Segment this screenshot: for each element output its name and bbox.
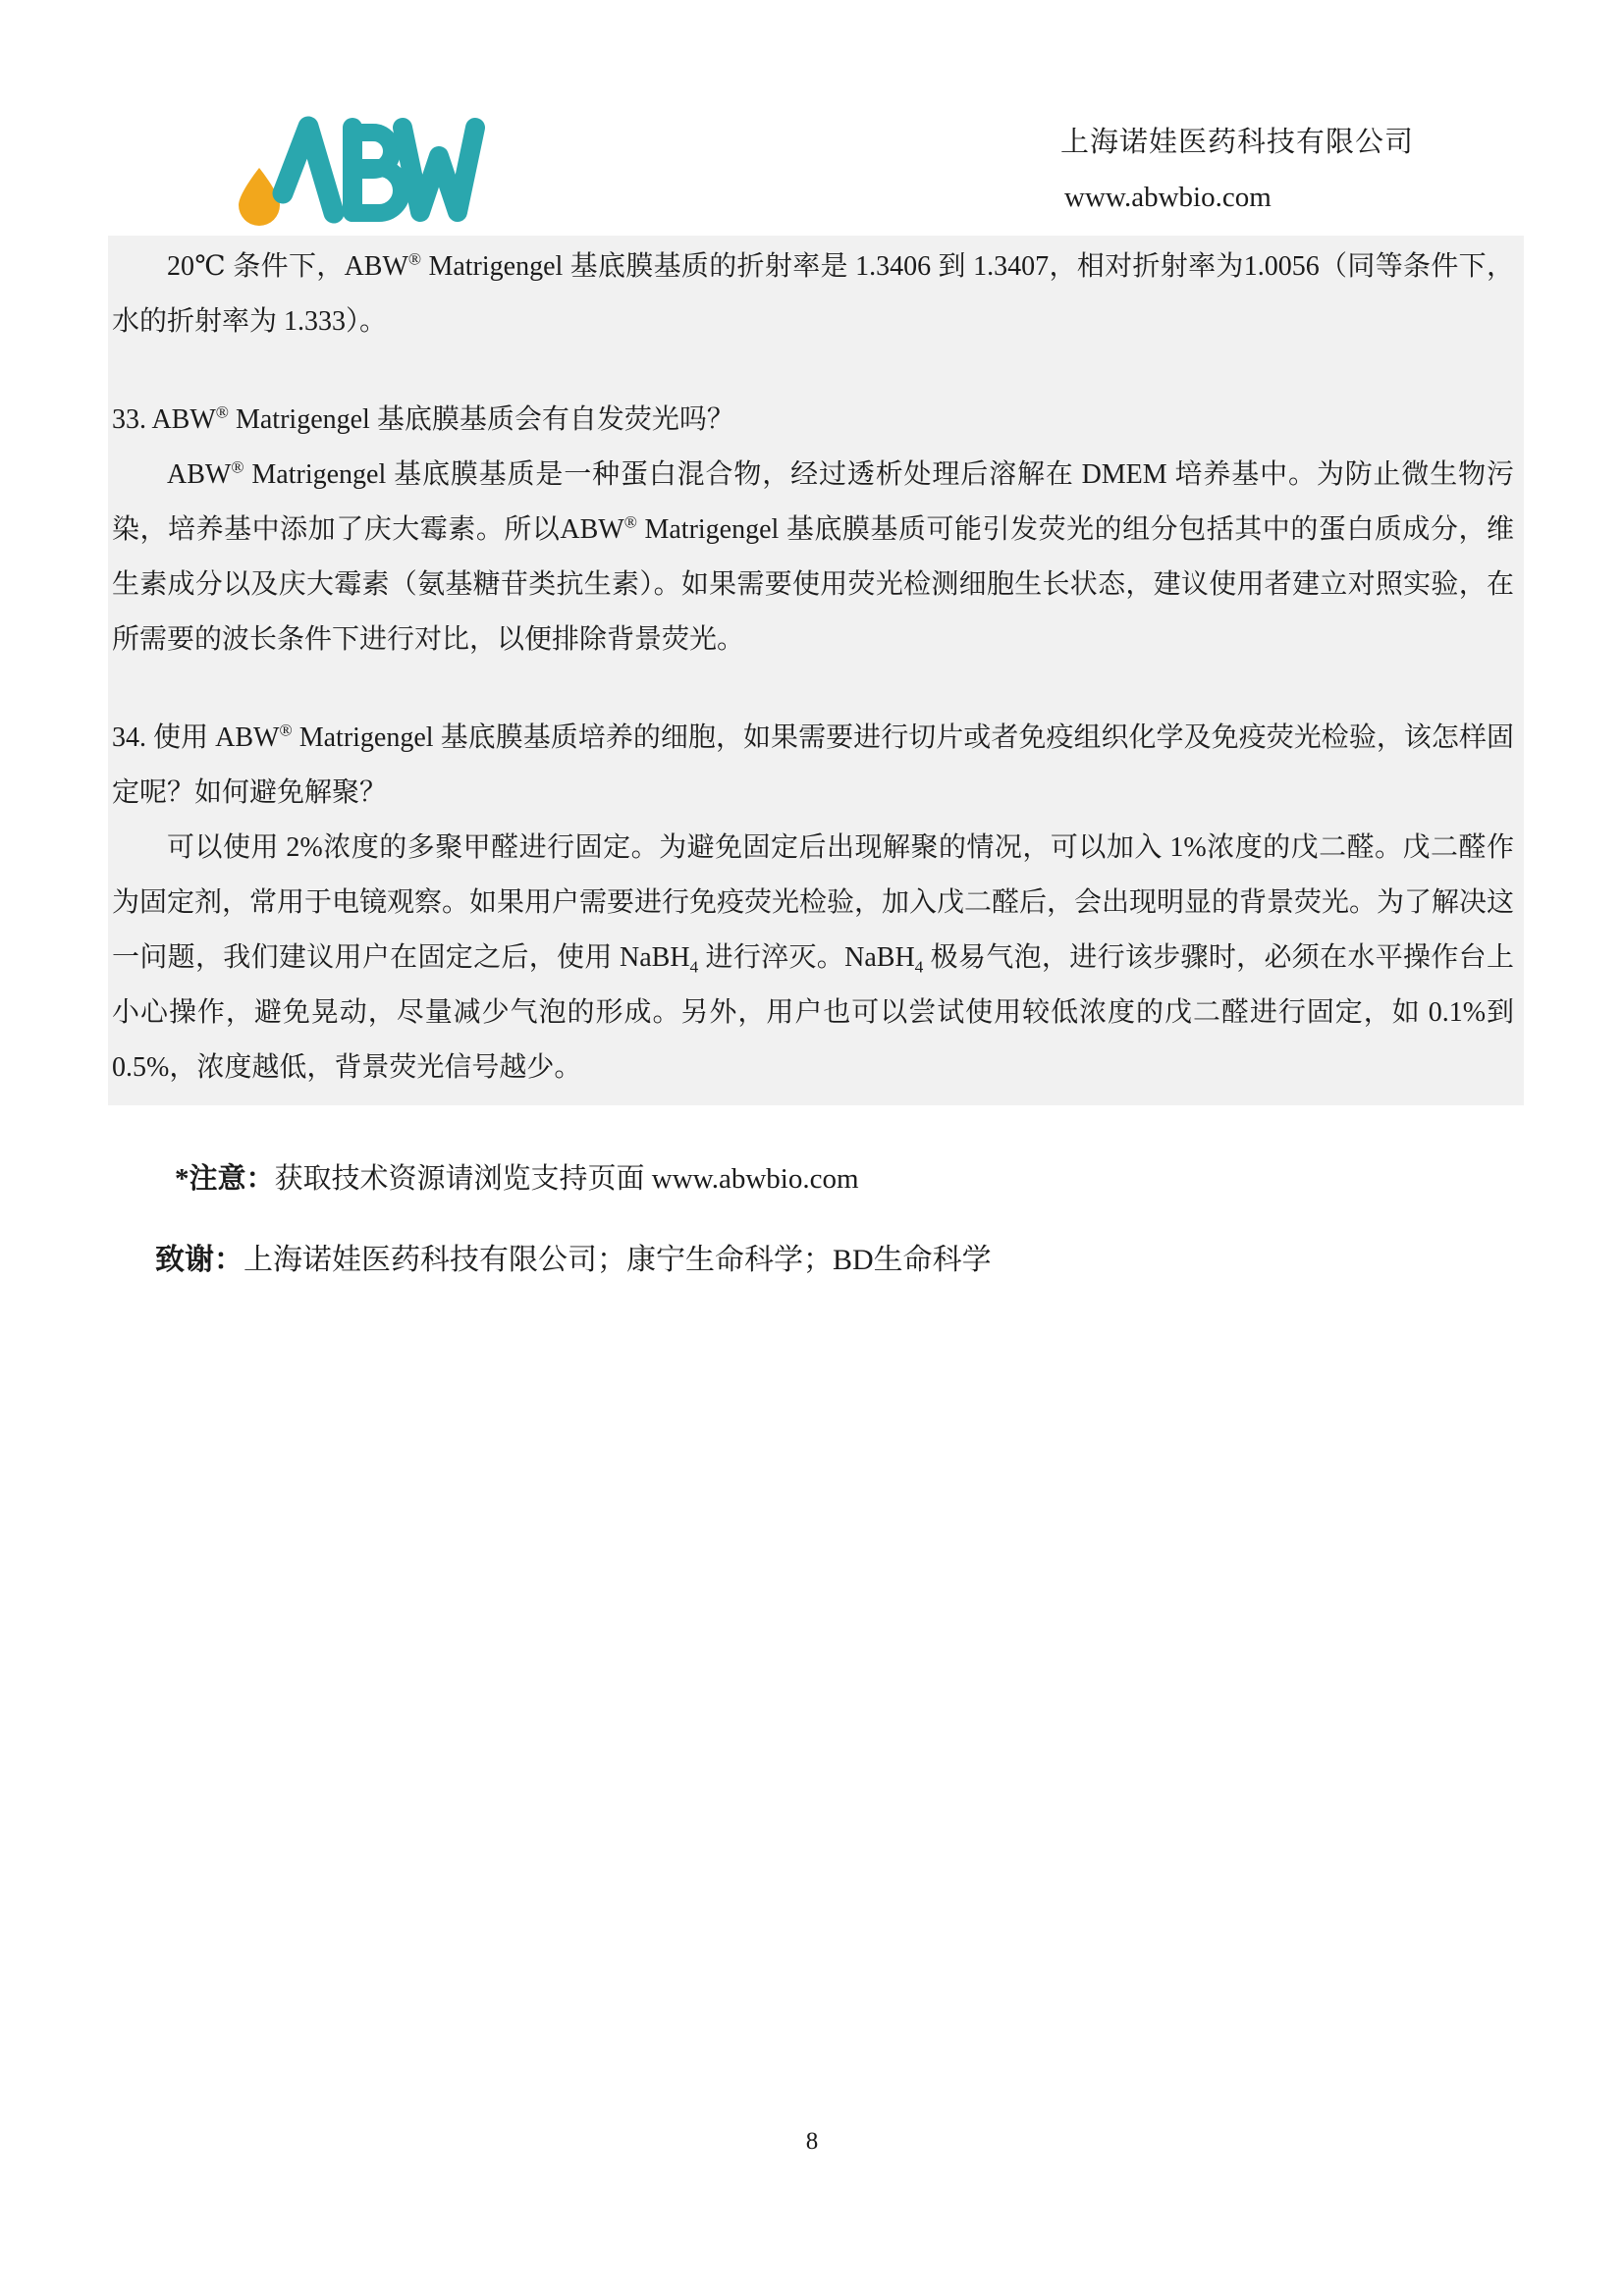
- abw-logo-icon: [222, 110, 497, 230]
- acknowledgement-line: 致谢：上海诺娃医药科技有限公司；康宁生命科学；BD生命科学: [155, 1235, 992, 1278]
- document-page: { "header": { "logo_text": "ABW", "compa…: [0, 0, 1624, 2296]
- acknowledgement-label: 致谢：: [155, 1244, 244, 1276]
- header-company-block: 上海诺娃医药科技有限公司 www.abwbio.com: [1060, 120, 1473, 214]
- note-line: *注意：获取技术资源请浏览支持页面 www.abwbio.com: [175, 1156, 859, 1197]
- question-33-heading: 33. ABW® Matrigengel 基底膜基质会有自发荧光吗？: [112, 393, 1514, 448]
- website-url: www.abwbio.com: [1064, 182, 1473, 214]
- intro-paragraph: 20℃ 条件下，ABW® Matrigengel 基底膜基质的折射率是 1.34…: [112, 240, 1514, 349]
- page-number: 8: [0, 2128, 1624, 2156]
- question-34-answer: 可以使用 2%浓度的多聚甲醛进行固定。为避免固定后出现解聚的情况，可以加入 1%…: [112, 821, 1514, 1095]
- note-text: 获取技术资源请浏览支持页面 www.abwbio.com: [275, 1163, 859, 1195]
- question-34-heading: 34. 使用 ABW® Matrigengel 基底膜基质培养的细胞，如果需要进…: [112, 711, 1514, 821]
- question-33-answer: ABW® Matrigengel 基底膜基质是一种蛋白混合物，经过透析处理后溶解…: [112, 448, 1514, 667]
- acknowledgement-text: 上海诺娃医药科技有限公司；康宁生命科学；BD生命科学: [244, 1244, 992, 1276]
- note-label: *注意：: [175, 1163, 275, 1195]
- body-text-block: 20℃ 条件下，ABW® Matrigengel 基底膜基质的折射率是 1.34…: [108, 236, 1524, 1105]
- company-name: 上海诺娃医药科技有限公司: [1060, 120, 1473, 160]
